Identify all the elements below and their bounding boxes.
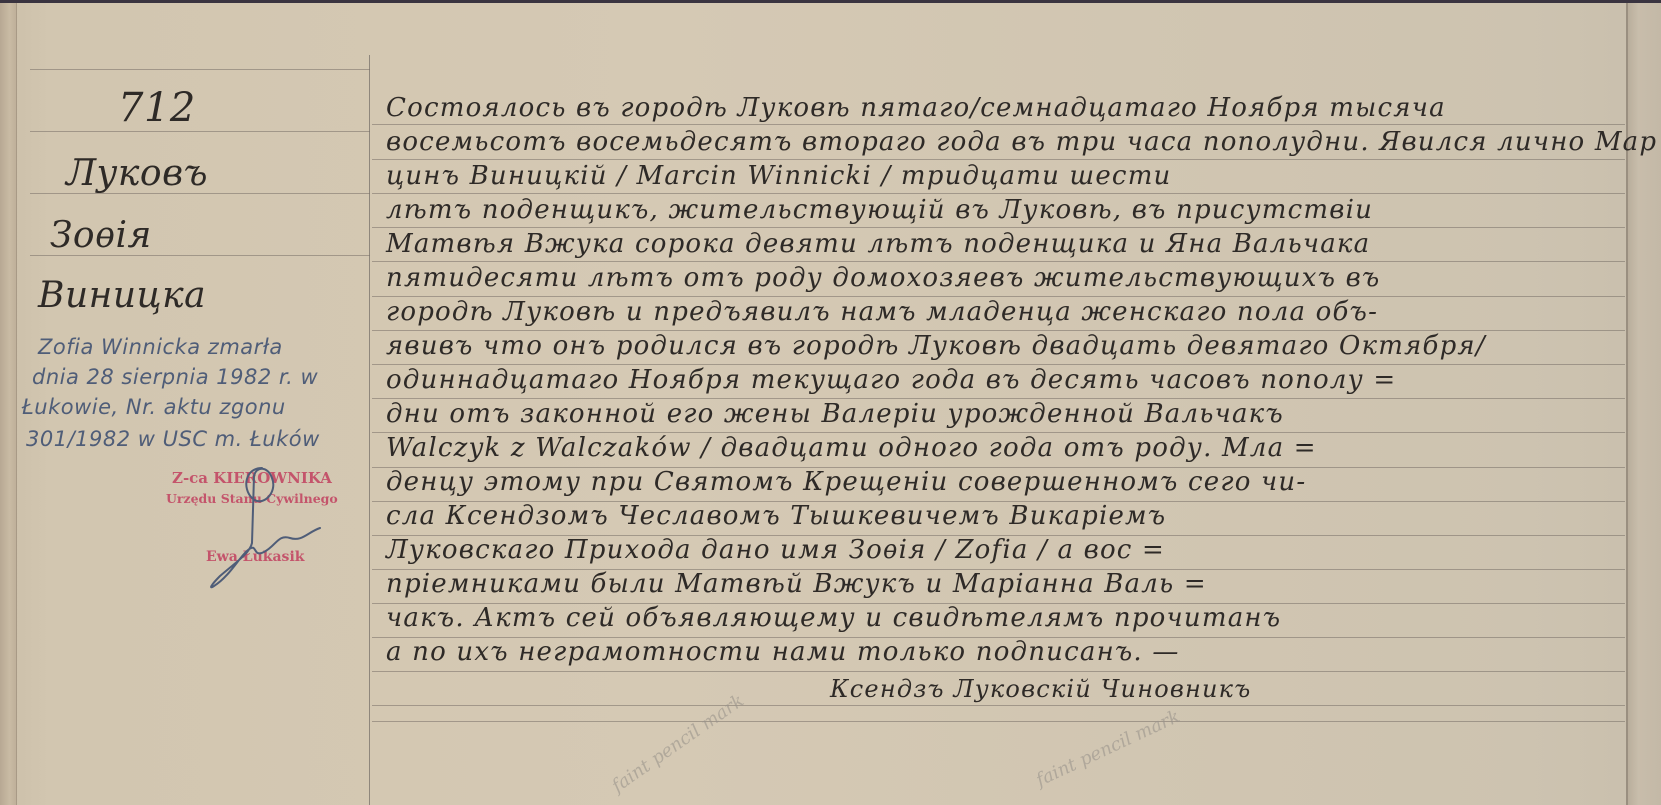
margin-place: Луковъ <box>66 153 208 194</box>
signature-scribble-icon <box>190 458 340 598</box>
ruled-line <box>30 69 370 70</box>
record-line: восемьсотъ восемьдесятъ втораго года въ … <box>386 127 1661 157</box>
annotation-line: dnia 28 sierpnia 1982 r. w <box>32 365 318 389</box>
ruled-line <box>372 671 1625 672</box>
page-edge-right <box>1626 3 1661 805</box>
record-line: сла Ксендзомъ Чеславомъ Тышкевичемъ Вика… <box>386 501 1166 531</box>
ruled-line <box>372 124 1625 125</box>
margin-given-name: Зоѳія <box>50 215 152 256</box>
ruled-line <box>372 721 1625 722</box>
record-line: а по ихъ неграмотности нами только подпи… <box>386 637 1180 667</box>
record-line: пятидесяти лѣтъ отъ роду домохозяевъ жит… <box>386 263 1380 293</box>
annotation-line: 301/1982 w USC m. Łuków <box>26 427 320 451</box>
record-line: явивъ что онъ родился въ городѣ Луковѣ д… <box>386 331 1486 361</box>
ruled-line <box>372 193 1625 194</box>
pencil-mark: faint pencil mark <box>1033 706 1183 791</box>
margin-column-rule <box>369 55 370 805</box>
record-line: городѣ Луковѣ и предъявилъ намъ младенца… <box>386 297 1378 327</box>
margin-surname: Виницка <box>38 275 206 316</box>
annotation-line: Łukowie, Nr. aktu zgonu <box>22 395 286 419</box>
record-line: одиннадцатаго Ноября текущаго года въ де… <box>386 365 1396 395</box>
ruled-line <box>372 159 1625 160</box>
ruled-line <box>30 131 370 132</box>
book-binding-left <box>0 3 17 805</box>
record-line: дни отъ законной его жены Валеріи урожде… <box>386 399 1284 429</box>
record-line: чакъ. Актъ сей объявляющему и свидѣтелям… <box>386 603 1281 633</box>
record-line: Walczyk z Walczaków / двадцати одного го… <box>386 433 1317 463</box>
ruled-line <box>372 261 1625 262</box>
record-line: Луковскаго Прихода дано имя Зоѳія / Zofi… <box>386 535 1165 565</box>
record-line: цинъ Виницкій / Marcin Winnicki / тридца… <box>386 161 1172 191</box>
record-number: 712 <box>118 85 196 131</box>
record-line: лѣтъ поденщикъ, жительствующій въ Луковѣ… <box>386 195 1373 225</box>
record-line: Матвѣя Вжука сорока девяти лѣтъ поденщик… <box>386 229 1370 259</box>
ruled-line <box>372 705 1625 706</box>
record-line: Состоялось въ городѣ Луковѣ пятаго/семна… <box>386 93 1446 123</box>
pencil-mark: faint pencil mark <box>608 690 748 797</box>
record-signature-line: Ксендзъ Луковскій Чиновникъ <box>830 675 1251 703</box>
ruled-line <box>372 227 1625 228</box>
record-line: пріемниками были Матвѣй Вжукъ и Маріанна… <box>386 569 1207 599</box>
register-page: 712 Луковъ Зоѳія Виницка Zofia Winnicka … <box>0 3 1661 805</box>
annotation-line: Zofia Winnicka zmarła <box>38 335 283 359</box>
record-line: денцу этому при Святомъ Крещеніи соверше… <box>386 467 1306 497</box>
